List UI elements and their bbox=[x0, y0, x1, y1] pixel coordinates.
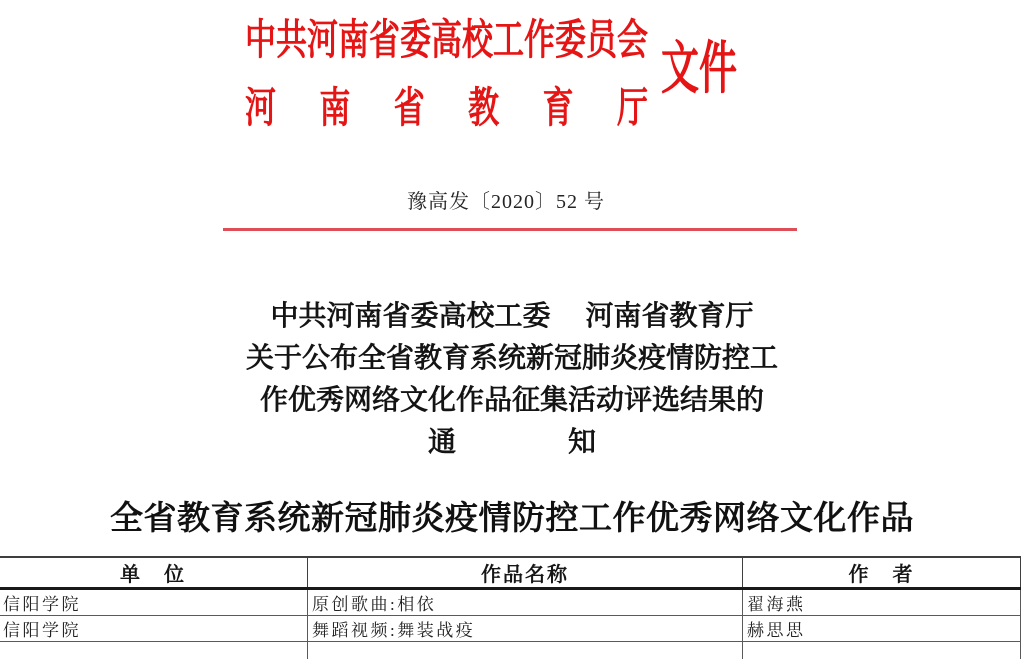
table-row: 信阳学院舞蹈视频:舞装战疫赫思思 bbox=[0, 616, 1021, 642]
red-separator-line bbox=[223, 228, 797, 231]
table-cell: 原创歌曲:相依 bbox=[308, 589, 743, 616]
table-header-unit: 单 位 bbox=[0, 557, 308, 589]
letterhead-org-line2: 河南省教育厅 bbox=[245, 87, 648, 129]
awards-table: 单 位 作品名称 作 者 信阳学院原创歌曲:相依翟海燕信阳学院舞蹈视频:舞装战疫… bbox=[0, 556, 1021, 659]
document-number: 豫高发〔2020〕52 号 bbox=[0, 185, 1012, 214]
title-line: 作优秀网络文化作品征集活动评选结果的 bbox=[0, 380, 1024, 422]
document-page: 中共河南省委高校工作委员会 河南省教育厅 文件 豫高发〔2020〕52 号 中共… bbox=[0, 0, 1024, 659]
table-cell: 信阳学院 bbox=[0, 616, 308, 642]
section-heading: 全省教育系统新冠肺炎疫情防控工作优秀网络文化作品 bbox=[0, 492, 1024, 539]
table-cell: 信阳学院 bbox=[0, 589, 308, 616]
table-header-row: 单 位 作品名称 作 者 bbox=[0, 557, 1021, 589]
table-cell bbox=[0, 642, 308, 659]
letterhead-org-line1: 中共河南省委高校工作委员会 bbox=[245, 19, 651, 61]
document-title: 中共河南省委高校工委 河南省教育厅 关于公布全省教育系统新冠肺炎疫情防控工 作优… bbox=[0, 296, 1024, 464]
title-line: 通 知 bbox=[0, 422, 1024, 464]
title-line: 中共河南省委高校工委 河南省教育厅 bbox=[0, 296, 1024, 338]
table-cell bbox=[743, 642, 1021, 659]
table-header-author: 作 者 bbox=[743, 557, 1021, 589]
table-row-partial bbox=[0, 642, 1021, 659]
org-char: 南 bbox=[319, 87, 350, 129]
org-char: 教 bbox=[468, 87, 499, 129]
table-cell: 舞蹈视频:舞装战疫 bbox=[308, 616, 743, 642]
org-char: 厅 bbox=[617, 87, 648, 129]
org-char: 河 bbox=[245, 87, 276, 129]
table-cell bbox=[308, 642, 743, 659]
table-header-work-title: 作品名称 bbox=[308, 557, 743, 589]
org-char: 省 bbox=[394, 87, 425, 129]
org-char: 育 bbox=[543, 87, 574, 129]
table-cell: 赫思思 bbox=[743, 616, 1021, 642]
table-cell: 翟海燕 bbox=[743, 589, 1021, 616]
table-row: 信阳学院原创歌曲:相依翟海燕 bbox=[0, 589, 1021, 616]
letterhead-document-marker: 文件 bbox=[661, 41, 737, 98]
title-line: 关于公布全省教育系统新冠肺炎疫情防控工 bbox=[0, 338, 1024, 380]
